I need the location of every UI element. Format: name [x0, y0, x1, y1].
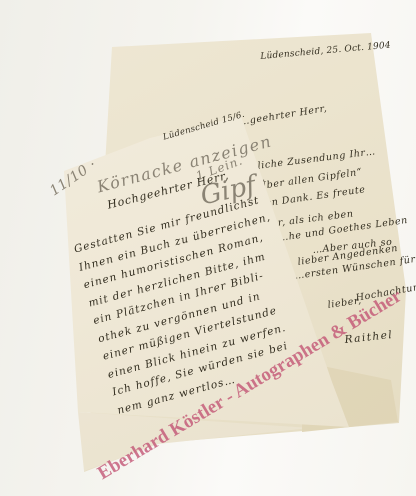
front-letter-dateline: Lüdenscheid 15/6.: [162, 110, 246, 143]
photo-background: Lüdenscheid, 25. Oct. 1904 …geehrter Her…: [0, 0, 416, 496]
front-letter-body: Gestatten Sie mir freundlichst Ihnen ein…: [72, 190, 311, 420]
pencil-catalog-number: 11/10 ·: [47, 157, 100, 200]
